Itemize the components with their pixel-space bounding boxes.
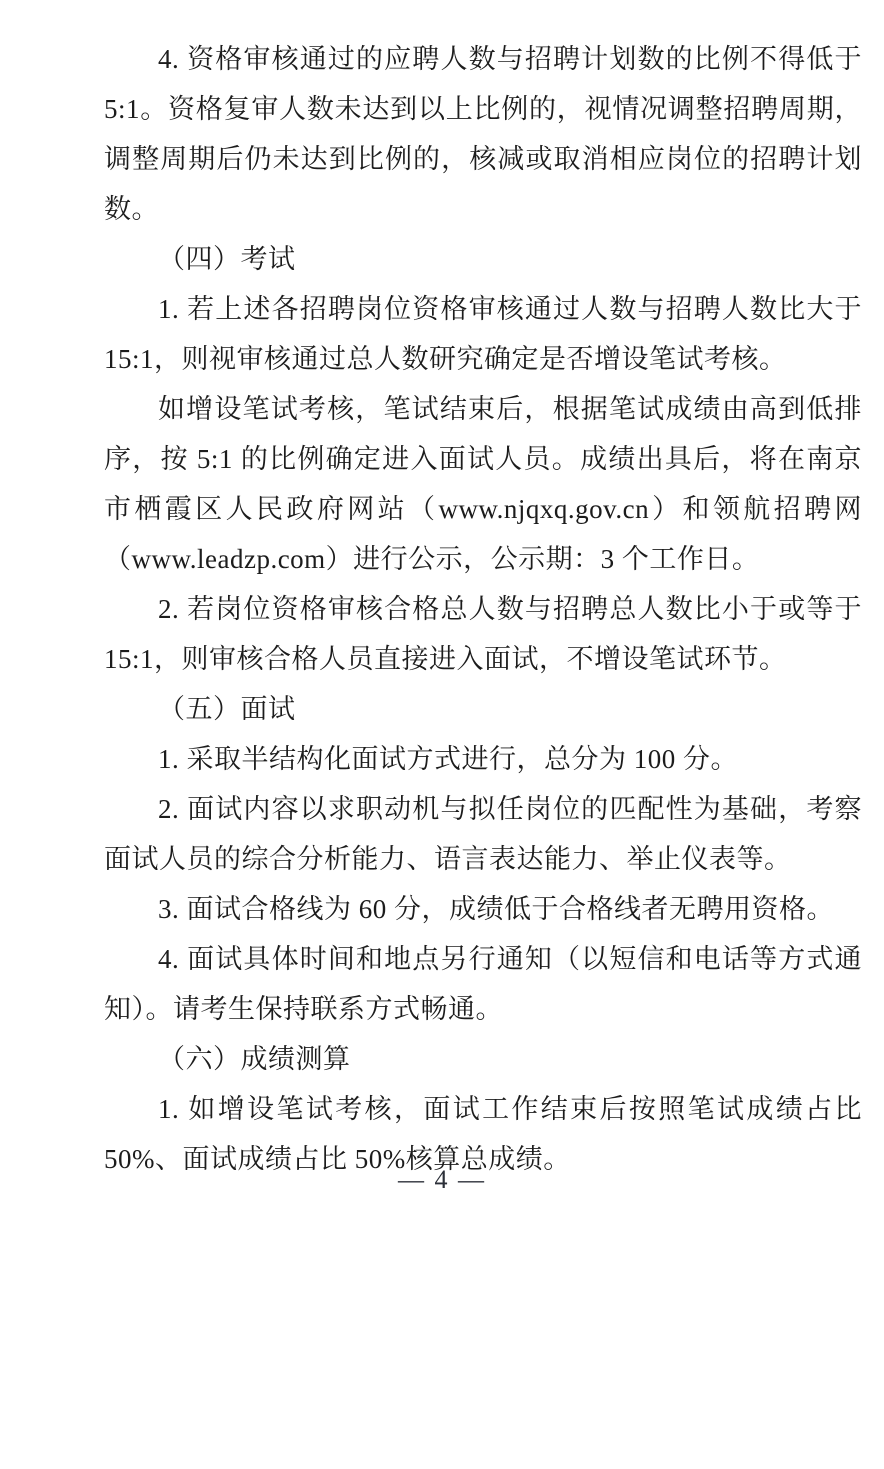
paragraph-exam-item-2: 2. 若岗位资格审核合格总人数与招聘总人数比小于或等于 15:1，则审核合格人员… bbox=[104, 584, 862, 684]
page-number: — 4 — bbox=[0, 1160, 884, 1200]
paragraph-interview-item-2: 2. 面试内容以求职动机与拟任岗位的匹配性为基础，考察面试人员的综合分析能力、语… bbox=[104, 784, 862, 884]
paragraph-interview-item-1: 1. 采取半结构化面试方式进行，总分为 100 分。 bbox=[104, 734, 862, 784]
paragraph-interview-item-3: 3. 面试合格线为 60 分，成绩低于合格线者无聘用资格。 bbox=[104, 884, 862, 934]
document-body: 4. 资格审核通过的应聘人数与招聘计划数的比例不得低于 5:1。资格复审人数未达… bbox=[104, 34, 862, 1184]
paragraph-interview-item-4: 4. 面试具体时间和地点另行通知（以短信和电话等方式通知）。请考生保持联系方式畅… bbox=[104, 934, 862, 1034]
section-heading-score-calc: （六）成绩测算 bbox=[104, 1034, 862, 1084]
paragraph-written-test-notice: 如增设笔试考核，笔试结束后，根据笔试成绩由高到低排序，按 5:1 的比例确定进入… bbox=[104, 384, 862, 584]
paragraph-exam-item-1: 1. 若上述各招聘岗位资格审核通过人数与招聘人数比大于 15:1，则视审核通过总… bbox=[104, 284, 862, 384]
section-heading-interview: （五）面试 bbox=[104, 684, 862, 734]
paragraph-qualification-ratio: 4. 资格审核通过的应聘人数与招聘计划数的比例不得低于 5:1。资格复审人数未达… bbox=[104, 34, 862, 234]
section-heading-exam: （四）考试 bbox=[104, 234, 862, 284]
document-page: 4. 资格审核通过的应聘人数与招聘计划数的比例不得低于 5:1。资格复审人数未达… bbox=[0, 0, 884, 1469]
